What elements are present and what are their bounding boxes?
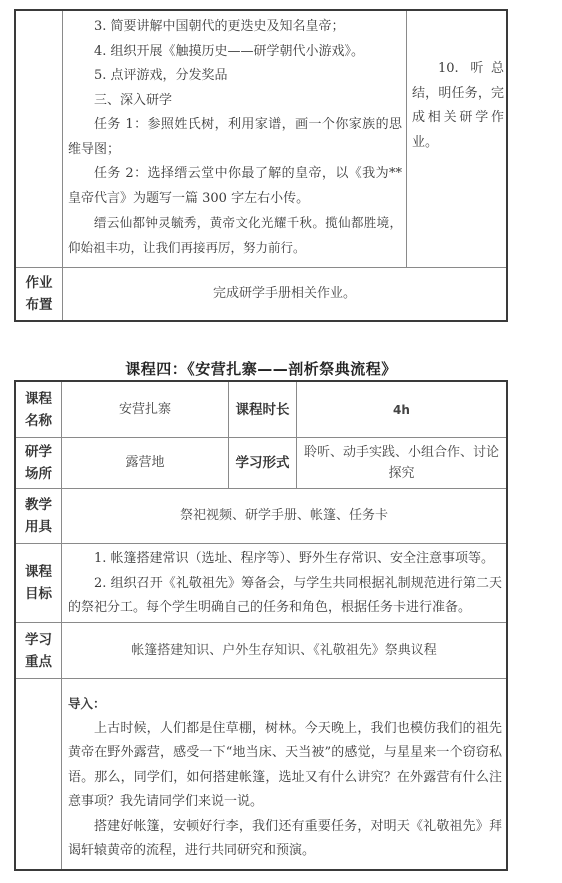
homework-value: 完成研学手册相关作业。 <box>63 268 506 320</box>
course-4-table: 课程名称 安营扎寨 课程时长 4h 研学场所 露营地 学习形式 聆听、动手实践、… <box>14 380 508 871</box>
task-2: 任务 2：选择缙云堂中你最了解的皇帝，以《我为**皇帝代言》为题写一篇 300 … <box>68 162 402 211</box>
course-goals-label: 课程目标 <box>16 544 61 622</box>
column-divider <box>406 11 407 267</box>
intro-paragraph: 上古时候，人们都是住草棚，树林。今天晚上，我们也模仿我们的祖先黄帝在野外露营，感… <box>68 717 502 815</box>
row-divider <box>16 543 506 544</box>
intro-heading: 导入： <box>68 692 502 717</box>
student-activity-text: 10. 听总结，明任务，完成相关研学作业。 <box>412 57 504 155</box>
venue-value: 露营地 <box>62 438 228 488</box>
learning-form-label: 学习形式 <box>229 438 296 488</box>
goal-item: 1. 帐篷搭建常识（选址、程序等）、野外生存常识、安全注意事项等。 <box>68 547 502 572</box>
learning-focus-label: 学习重点 <box>16 623 61 678</box>
row-divider <box>16 678 506 679</box>
closing-remark: 缙云仙都钟灵毓秀，黄帝文化光耀千秋。揽仙都胜境，仰始祖丰功，让我们再接再厉，努力… <box>68 211 402 260</box>
learning-focus-value: 帐篷搭建知识、户外生存知识、《礼敬祖先》祭典议程 <box>62 623 506 678</box>
course-duration-label: 课程时长 <box>229 382 296 437</box>
venue-label: 研学场所 <box>16 438 61 488</box>
course-duration-value: 4h <box>297 382 506 437</box>
activity-line: 3. 简要讲解中国朝代的更迭史及知名皇帝； <box>68 15 402 40</box>
course-name-label: 课程名称 <box>16 382 61 437</box>
teaching-tools-value: 祭祀视频、研学手册、帐篷、任务卡 <box>62 489 506 543</box>
activity-line: 4. 组织开展《触摸历史——研学朝代小游戏》。 <box>68 40 402 65</box>
learning-form-value: 聆听、动手实践、小组合作、讨论探究 <box>297 438 506 488</box>
section-heading: 三、深入研学 <box>68 89 402 114</box>
teacher-activities-cell: 3. 简要讲解中国朝代的更迭史及知名皇帝； 4. 组织开展《触摸历史——研学朝代… <box>68 15 402 260</box>
course-goals-value: 1. 帐篷搭建常识（选址、程序等）、野外生存常识、安全注意事项等。 2. 组织召… <box>68 547 502 621</box>
course-4-title: 课程四：《安营扎寨——剖析祭典流程》 <box>0 358 522 379</box>
intro-cell: 导入： 上古时候，人们都是住草棚，树林。今天晚上，我们也模仿我们的祖先黄帝在野外… <box>68 692 502 864</box>
teaching-tools-label: 教学用具 <box>16 489 61 543</box>
activity-line: 5. 点评游戏，分发奖品 <box>68 64 402 89</box>
task-1: 任务 1：参照姓氏树，利用家谱，画一个你家族的思维导图； <box>68 113 402 162</box>
student-activities-cell: 10. 听总结，明任务，完成相关研学作业。 <box>412 57 504 155</box>
homework-label: 作业布置 <box>16 268 62 320</box>
course-name-value: 安营扎寨 <box>62 382 228 437</box>
goal-item: 2. 组织召开《礼敬祖先》筹备会，与学生共同根据礼制规范进行第二天的祭祀分工。每… <box>68 572 502 621</box>
intro-paragraph: 搭建好帐篷，安顿好行李，我们还有重要任务，对明天《礼敬祖先》拜谒轩辕黄帝的流程，… <box>68 815 502 864</box>
lesson-plan-table-continued: 3. 简要讲解中国朝代的更迭史及知名皇帝； 4. 组织开展《触摸历史——研学朝代… <box>14 9 508 322</box>
